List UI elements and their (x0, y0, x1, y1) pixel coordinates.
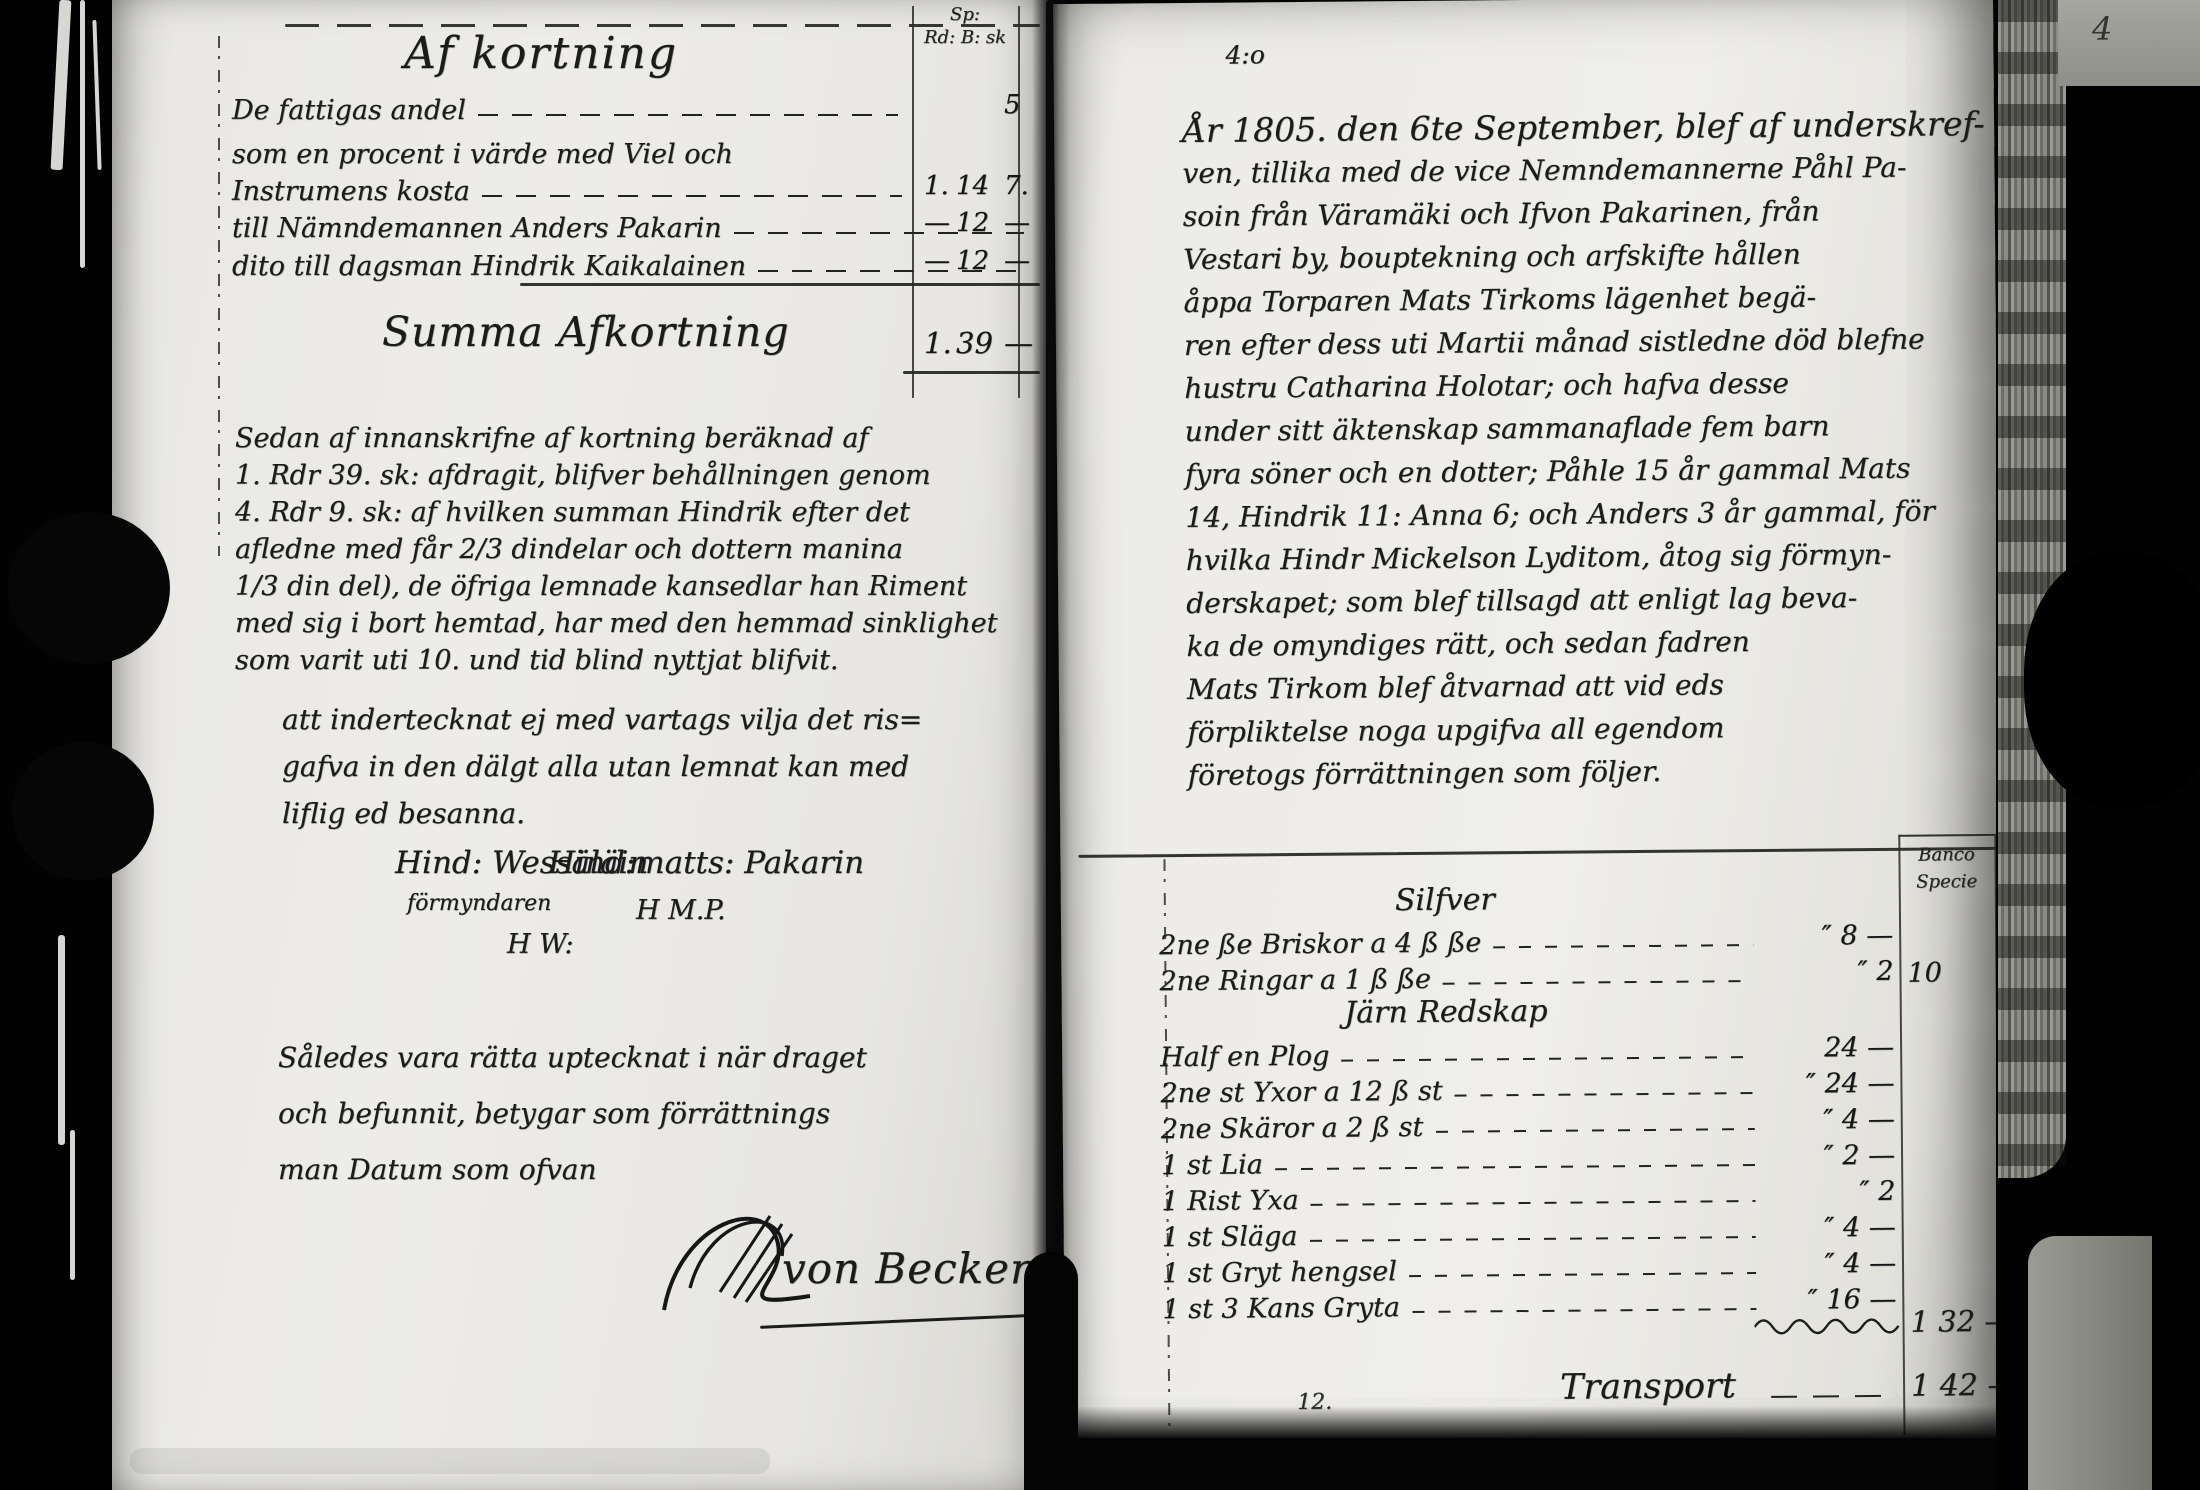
amount-runstycken: — (1004, 208, 1030, 238)
folio-mark: 4:o (1225, 40, 1265, 69)
amount-column-header-line2: Rd: B: sk (906, 26, 1024, 49)
film-corner-block: 4 (2058, 0, 2200, 86)
paragraph-closing: Således vara rätta uptecknat i när drage… (278, 1030, 1038, 1198)
left-page: Sp: Rd: B: sk Af kortning De fattigas an… (112, 0, 1048, 1490)
transport-label: Transport (1560, 1366, 1736, 1408)
deduction-row: dito till dagsman Hindrik Kaikalainen—12… (232, 244, 1032, 282)
handwritten-line: ven, tillika med de vice Nemndemannerne … (1182, 145, 1982, 195)
leader-dots (1493, 944, 1753, 948)
leader-dots (1443, 980, 1754, 985)
handwritten-line: 1. Rdr 39. sk: afdragit, blifver behålln… (235, 457, 1041, 494)
inventory-item-text: 2ne ße Briskor a 4 ß ße (1159, 927, 1481, 961)
deduction-row-text: dito till dagsman Hindrik Kaikalainen (232, 251, 746, 282)
handwritten-line: liflig ed besanna. (282, 790, 1042, 837)
leader-dots (1435, 1128, 1755, 1133)
amount-riksdaler: — (924, 246, 950, 276)
inventory-value-skilling: 24 — (1772, 1032, 1894, 1064)
amount-skilling: 12 (956, 246, 989, 276)
inventory-item-text: 1 st Lia (1161, 1149, 1263, 1181)
film-frame-block (2028, 1236, 2152, 1490)
leader-dots (1455, 1092, 1755, 1097)
film-scratch (51, 0, 72, 170)
handwritten-line: Vestari by, bouptekning och arfskifte hå… (1183, 231, 1983, 281)
inventory-item-text: 1 st Gryt hengsel (1162, 1256, 1397, 1289)
inventory-item-text: 2ne Ringar a 1 ß ße (1159, 964, 1431, 997)
inventory-value-skilling: ″ 4 — (1773, 1104, 1895, 1136)
right-page: 4:o År 1805. den 6te September, blef af … (1053, 0, 2006, 1446)
handwritten-line: ka de omyndiges rätt, och sedan fadren (1186, 618, 1986, 668)
handwritten-line: åppa Torparen Mats Tirkoms lägenhet begä… (1183, 274, 1983, 324)
signature-von-becker-name: von Becker (782, 1244, 1031, 1293)
microfilm-scan: Sp: Rd: B: sk Af kortning De fattigas an… (0, 0, 2200, 1490)
ledger-sum-rule (520, 283, 1040, 286)
inventory-item-text: 1 st 3 Kans Gryta (1162, 1292, 1400, 1325)
leader-dots (1409, 1272, 1756, 1277)
leader-dots (1341, 1056, 1754, 1062)
film-blot (2024, 552, 2200, 808)
inventory-header-cap-rule (1898, 834, 1996, 837)
amount-skilling: 12 (956, 208, 989, 238)
deduction-row-text: som en procent i värde med Viel och (232, 139, 733, 170)
deduction-row: De fattigas andel5 (232, 72, 1032, 126)
handwritten-line: Mats Tirkom blef åtvarnad att vid eds (1187, 661, 1987, 711)
summa-skilling: 39 (956, 326, 993, 360)
amount-skilling: 14 (956, 171, 989, 201)
deduction-row-text: Instrumens kosta (232, 176, 470, 207)
inventory-section-header: Silfver (1159, 879, 1901, 925)
amount-runstycken: 5 (1004, 90, 1021, 120)
handwritten-line: 4. Rdr 9. sk: af hvilken summan Hindrik … (235, 494, 1041, 531)
ink-blot (12, 742, 154, 880)
handwritten-line: 14, Hindrik 11: Anna 6; och Anders 3 år … (1185, 489, 1985, 539)
handwritten-line: afledne med får 2/3 dindelar och dottern… (235, 531, 1041, 568)
handwritten-line: förpliktelse noga upgifva all egendom (1187, 704, 1987, 754)
leader-dashes (482, 195, 902, 197)
inventory-row: 2ne Ringar a 1 ß ße″ 210 (1159, 955, 1901, 997)
ledger-sum-underrule (903, 371, 1040, 374)
summa-row: Summa Afkortning 1. 39 — (232, 304, 1032, 370)
handwritten-line: Sedan af innanskrifne af kortning beräkn… (235, 420, 1041, 457)
handwritten-line: 1/3 din del), de öfriga lemnade kansedla… (235, 568, 1041, 605)
page-gutter-bottom-blot (1024, 1252, 1078, 1490)
film-scratch (58, 935, 65, 1145)
inventory-item-text: Half en Plog (1160, 1041, 1329, 1073)
inventory-item-text: 2ne Skäror a 2 ß st (1161, 1112, 1424, 1145)
film-corner-mark: 4 (2092, 10, 2112, 48)
amount-runstycken: — (1004, 246, 1030, 276)
handwritten-line: och befunnit, betygar som förrättnings (278, 1086, 1038, 1142)
inventory-column-header-line1: Banco (1900, 841, 1992, 869)
leader-dashes (478, 114, 898, 116)
handwritten-line: Således vara rätta uptecknat i när drage… (278, 1030, 1038, 1086)
inventory-value-skilling: ″ 2 (1771, 956, 1893, 988)
inventory-column-header: Banco Specie (1900, 841, 1992, 896)
inventory-column-header-line2: Specie (1901, 868, 1993, 896)
inventory-table: Silfver2ne ße Briskor a 4 ß ße″ 8 —2ne R… (1159, 879, 1905, 1325)
signature-witness-initials: H M.P. (636, 895, 726, 926)
leader-dots (1309, 1236, 1755, 1242)
inventory-item-text: 1 st Släga (1162, 1221, 1298, 1253)
summa-runstycken: — (1004, 326, 1033, 360)
inventory-value-skilling: ″ 4 — (1774, 1248, 1896, 1280)
inventory-value-banco: 10 (1907, 957, 2002, 989)
inventory-item-text: 1 Rist Yxa (1161, 1185, 1298, 1217)
handwritten-line: derskapet; som blef tillsagd att enligt … (1186, 575, 1986, 625)
handwritten-line: ren efter dess uti Martii månad sistledn… (1184, 317, 1984, 367)
inventory-value-skilling: ″ 8 — (1771, 920, 1893, 952)
deduction-row: Instrumens kosta1.147. (232, 170, 1032, 207)
paragraph-protocol: År 1805. den 6te September, blef af unde… (1182, 102, 1988, 797)
paragraph-oath: att indertecknat ej med vartags vilja de… (282, 696, 1042, 837)
deduction-row-text: till Nämndemannen Anders Pakarin (232, 213, 722, 244)
film-scratch (92, 20, 101, 170)
leader-dots (1275, 1164, 1755, 1170)
handwritten-line: hvilka Hindr Mickelson Lyditom, åtog sig… (1186, 532, 1986, 582)
inventory-value-skilling: ″ 16 — (1774, 1284, 1896, 1316)
inventory-top-rule (1078, 847, 1998, 858)
handwritten-line: som varit uti 10. und tid blind nyttjat … (235, 642, 1041, 679)
inventory-section-header: Järn Redskap (1160, 991, 1902, 1037)
film-edge-right: 4 (1996, 0, 2200, 1490)
summa-label: Summa Afkortning (382, 308, 790, 356)
deduction-rows: De fattigas andel5som en procent i värde… (232, 72, 1032, 282)
amount-column-header-line1: Sp: (906, 3, 1024, 26)
leader-dots (1412, 1308, 1756, 1313)
page-bottom-shadow (130, 1448, 770, 1474)
signature-guardian-role: förmyndaren (407, 891, 551, 916)
handwritten-line: med sig i bort hemtad, har med den hemma… (235, 605, 1041, 642)
film-bottom-band (1046, 1438, 2010, 1490)
signature-witness: Hind:matts: Pakarin H M.P. (548, 845, 808, 955)
film-scratch (70, 1130, 75, 1280)
signature-von-becker: von Becker (610, 1192, 1050, 1352)
inventory-value-skilling: ″ 24 — (1772, 1068, 1894, 1100)
inventory-item-text: 2ne st Yxor a 12 ß st (1160, 1076, 1442, 1109)
deduction-row: som en procent i värde med Viel och (232, 126, 1032, 170)
film-scratch (80, 0, 85, 268)
leader-dots (1311, 1200, 1756, 1206)
inventory-value-skilling: ″ 2 (1773, 1176, 1895, 1208)
summa-riksdaler: 1. (924, 326, 952, 360)
handwritten-line: att indertecknat ej med vartags vilja de… (282, 696, 1042, 743)
paragraph-settlement: Sedan af innanskrifne af kortning beräkn… (235, 420, 1041, 679)
ink-blot (8, 512, 170, 664)
handwritten-line: man Datum som ofvan (278, 1142, 1038, 1198)
handwritten-line: soin från Väramäki och Ifvon Pakarinen, … (1183, 188, 1983, 238)
amount-riksdaler: — (924, 208, 950, 238)
amount-riksdaler: 1. (924, 171, 949, 201)
margin-rule (218, 36, 220, 556)
transport-leader (1771, 1395, 1897, 1398)
amount-runstycken: 7. (1004, 171, 1029, 201)
deduction-row-text: De fattigas andel (232, 95, 466, 126)
sum-squiggle-icon (1754, 1313, 1904, 1336)
amount-column-header: Sp: Rd: B: sk (906, 3, 1024, 49)
handwritten-line: gafva in den dälgt alla utan lemnat kan … (282, 743, 1042, 790)
inventory-value-skilling: ″ 4 — (1774, 1212, 1896, 1244)
inventory-value-skilling: ″ 2 — (1773, 1140, 1895, 1172)
handwritten-line: fyra söner och en dotter; Påhle 15 år ga… (1185, 446, 1985, 496)
bottom-shadow-fade (1046, 1406, 2010, 1440)
handwritten-line: hustru Catharina Holotar; och hafva dess… (1184, 360, 1984, 410)
handwritten-line: under sitt äktenskap sammanaflade fem ba… (1185, 403, 1985, 453)
deduction-row: till Nämndemannen Anders Pakarin—12— (232, 207, 1032, 244)
signature-witness-name: Hind:matts: Pakarin (548, 845, 864, 881)
handwritten-line: År 1805. den 6te September, blef af unde… (1182, 102, 1982, 152)
handwritten-line: företogs förrättningen som följer. (1188, 747, 1988, 797)
